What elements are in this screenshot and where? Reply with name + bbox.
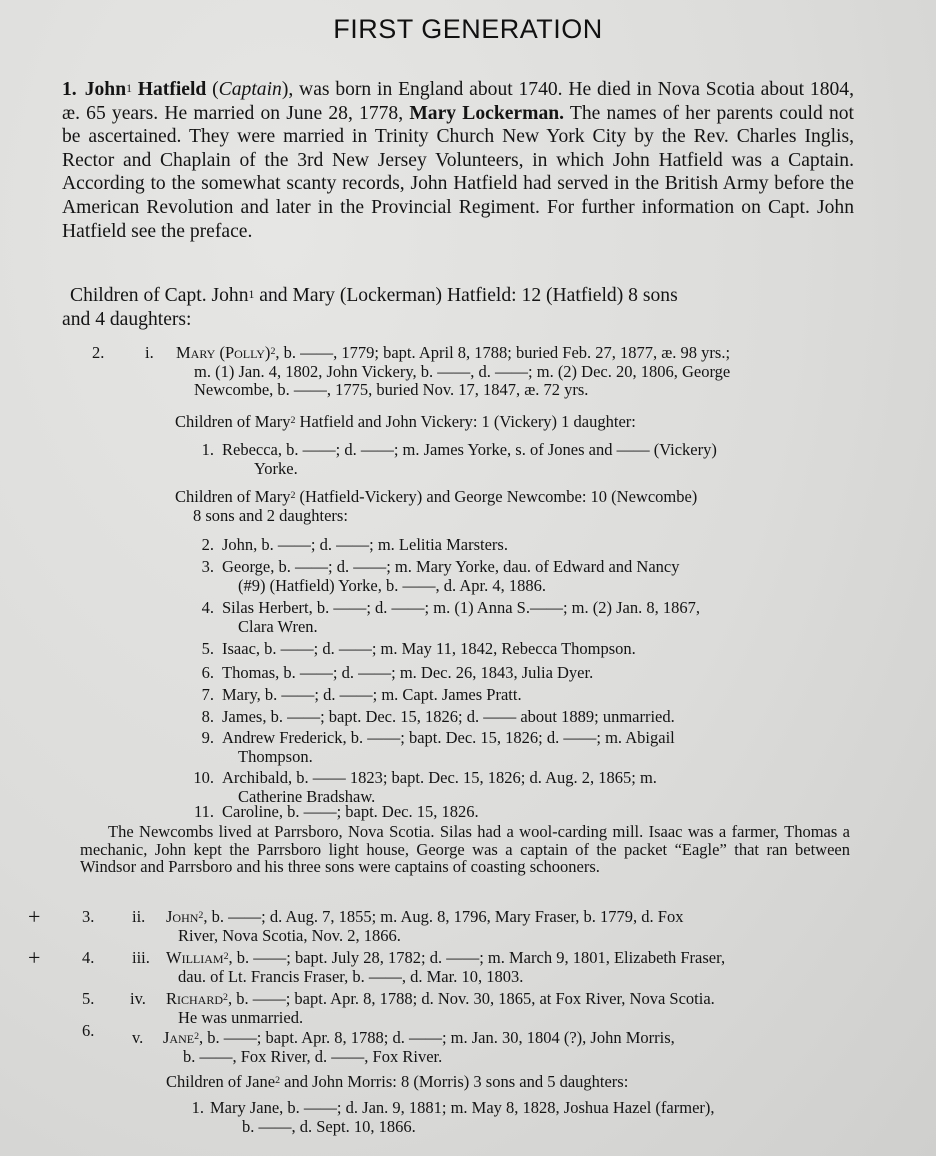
child-line-1: Andrew Frederick, b. ——; bapt. Dec. 15, …	[222, 728, 675, 747]
plus-marker-icon: +	[28, 908, 48, 926]
generation-sup: 1	[126, 82, 132, 95]
child-number: 10.	[190, 769, 214, 788]
entry-line-2: River, Nova Scotia, Nov. 2, 1866.	[166, 927, 850, 946]
entry-line-1: , b. ——; bapt. Apr. 8, 1788; d. Nov. 30,…	[228, 989, 715, 1008]
child-line-1: Archibald, b. —— 1823; bapt. Dec. 15, 18…	[222, 768, 657, 787]
entry-william: + 4. iii. William2, b. ——; bapt. July 28…	[0, 949, 936, 989]
generation-sup: 2	[270, 346, 275, 357]
ancestor-title: Captain	[219, 79, 282, 100]
entry-line-1: , b. ——; bapt. July 28, 1782; d. ——; m. …	[229, 948, 726, 967]
page-title: FIRST GENERATION	[0, 14, 936, 45]
entry-number: 5.	[82, 990, 112, 1009]
generation-sup: 2	[194, 1031, 199, 1042]
entry-line-2: m. (1) Jan. 4, 1802, John Vickery, b. ——…	[176, 363, 848, 382]
heading-text: (Hatfield-Vickery) and George Newcombe: …	[295, 487, 697, 506]
child-line-1: George, b. ——; d. ——; m. Mary Yorke, dau…	[222, 557, 680, 576]
entry-roman: v.	[132, 1029, 162, 1048]
child-line-2: Clara Wren.	[222, 618, 850, 637]
child-line-1: James, b. ——; bapt. Dec. 15, 1826; d. ——…	[222, 707, 675, 726]
generation-sup: 2	[290, 415, 295, 426]
child-line-1: Mary Jane, b. ——; d. Jan. 9, 1881; m. Ma…	[210, 1098, 715, 1117]
entry-name: Jane	[163, 1028, 194, 1047]
child-line-1: Isaac, b. ——; d. ——; m. May 11, 1842, Re…	[222, 639, 636, 658]
summary-line-2: and 4 daughters:	[62, 309, 192, 330]
child-line-1: Silas Herbert, b. ——; d. ——; m. (1) Anna…	[222, 598, 700, 617]
child-number: 8.	[190, 708, 214, 727]
entry-roman: iv.	[130, 990, 160, 1009]
heading-text: Children of Mary	[175, 412, 290, 431]
child-number: 7.	[190, 686, 214, 705]
summary-line-1b: and Mary (Lockerman) Hatfield: 12 (Hatfi…	[254, 285, 677, 306]
heading-text: Children of Mary	[175, 487, 290, 506]
entry-number: 4.	[82, 949, 112, 968]
newcombs-note: The Newcombs lived at Parrsboro, Nova Sc…	[80, 823, 850, 876]
entry-mary-polly: 2. i. Mary (Polly)2, b. ——, 1779; bapt. …	[0, 344, 936, 404]
summary-sup: 1	[249, 288, 255, 301]
child-number: 6.	[190, 664, 214, 683]
generation-sup: 2	[290, 490, 295, 501]
children-summary: Children of Capt. John1 and Mary (Locker…	[62, 284, 854, 331]
entry-line-1: , b. ——, 1779; bapt. April 8, 1788; buri…	[275, 343, 730, 362]
entry-roman: i.	[145, 344, 175, 363]
entry-number: 3.	[82, 908, 112, 927]
entry-number: 2.	[92, 344, 122, 363]
entry-line-2: dau. of Lt. Francis Fraser, b. ——, d. Ma…	[166, 968, 850, 987]
entry-name: Mary (Polly)	[176, 343, 270, 362]
child-number: 1.	[190, 441, 214, 460]
child-line-1: Mary, b. ——; d. ——; m. Capt. James Pratt…	[222, 685, 522, 704]
entry-roman: ii.	[132, 908, 162, 927]
newcombe-heading: Children of Mary2 (Hatfield-Vickery) and…	[175, 488, 855, 525]
plus-marker-icon: +	[28, 949, 48, 967]
entry-name: William	[166, 948, 224, 967]
child-line-2: Yorke.	[222, 460, 850, 479]
entry-line-2: b. ——, Fox River, d. ——, Fox River.	[163, 1048, 847, 1067]
ancestor-name: John	[85, 79, 126, 100]
generation-sup: 2	[223, 992, 228, 1003]
intro-paragraph: 1.John1 Hatfield (Captain), was born in …	[62, 78, 854, 243]
entry-name: Richard	[166, 989, 223, 1008]
child-line-1: Caroline, b. ——; bapt. Dec. 15, 1826.	[222, 802, 479, 821]
spouse-name: Mary Lockerman.	[409, 103, 564, 124]
child-line-2: Thompson.	[222, 748, 850, 767]
child-number: 5.	[190, 640, 214, 659]
heading-text: Hatfield and John Vickery: 1 (Vickery) 1…	[295, 412, 635, 431]
generation-sup: 2	[224, 951, 229, 962]
vickery-heading: Children of Mary2 Hatfield and John Vick…	[175, 413, 855, 432]
entry-john: + 3. ii. John2, b. ——; d. Aug. 7, 1855; …	[0, 908, 936, 948]
entry-number: 6.	[82, 1022, 112, 1041]
heading-text: and John Morris: 8 (Morris) 3 sons and 5…	[280, 1072, 628, 1091]
morris-heading: Children of Jane2 and John Morris: 8 (Mo…	[166, 1073, 856, 1092]
entry-jane: 6. v. Jane2, b. ——; bapt. Apr. 8, 1788; …	[0, 1024, 936, 1064]
child-line-1: Thomas, b. ——; d. ——; m. Dec. 26, 1843, …	[222, 663, 593, 682]
generation-sup: 2	[198, 910, 203, 921]
heading-text: Children of Jane	[166, 1072, 275, 1091]
entry-name: John	[166, 907, 198, 926]
entry-number: 1.	[62, 79, 77, 100]
child-number: 1.	[180, 1099, 204, 1118]
child-number: 3.	[190, 558, 214, 577]
child-number: 2.	[190, 536, 214, 555]
child-line-2: (#9) (Hatfield) Yorke, b. ——, d. Apr. 4,…	[222, 577, 850, 596]
child-line-1: John, b. ——; d. ——; m. Lelitia Marsters.	[222, 535, 508, 554]
child-number: 11.	[190, 803, 214, 822]
entry-line-3: Newcombe, b. ——, 1775, buried Nov. 17, 1…	[176, 381, 848, 400]
child-number: 4.	[190, 599, 214, 618]
child-line-2: b. ——, d. Sept. 10, 1866.	[210, 1118, 848, 1137]
heading-text: 8 sons and 2 daughters:	[175, 507, 855, 526]
child-number: 9.	[190, 729, 214, 748]
summary-line-1a: Children of Capt. John	[70, 285, 249, 306]
entry-line-1: , b. ——; d. Aug. 7, 1855; m. Aug. 8, 179…	[203, 907, 683, 926]
generation-sup: 2	[275, 1075, 280, 1086]
entry-line-1: , b. ——; bapt. Apr. 8, 1788; d. ——; m. J…	[199, 1028, 675, 1047]
ancestor-surname: Hatfield	[138, 79, 207, 100]
entry-roman: iii.	[132, 949, 162, 968]
child-line-1: Rebecca, b. ——; d. ——; m. James Yorke, s…	[222, 440, 717, 459]
